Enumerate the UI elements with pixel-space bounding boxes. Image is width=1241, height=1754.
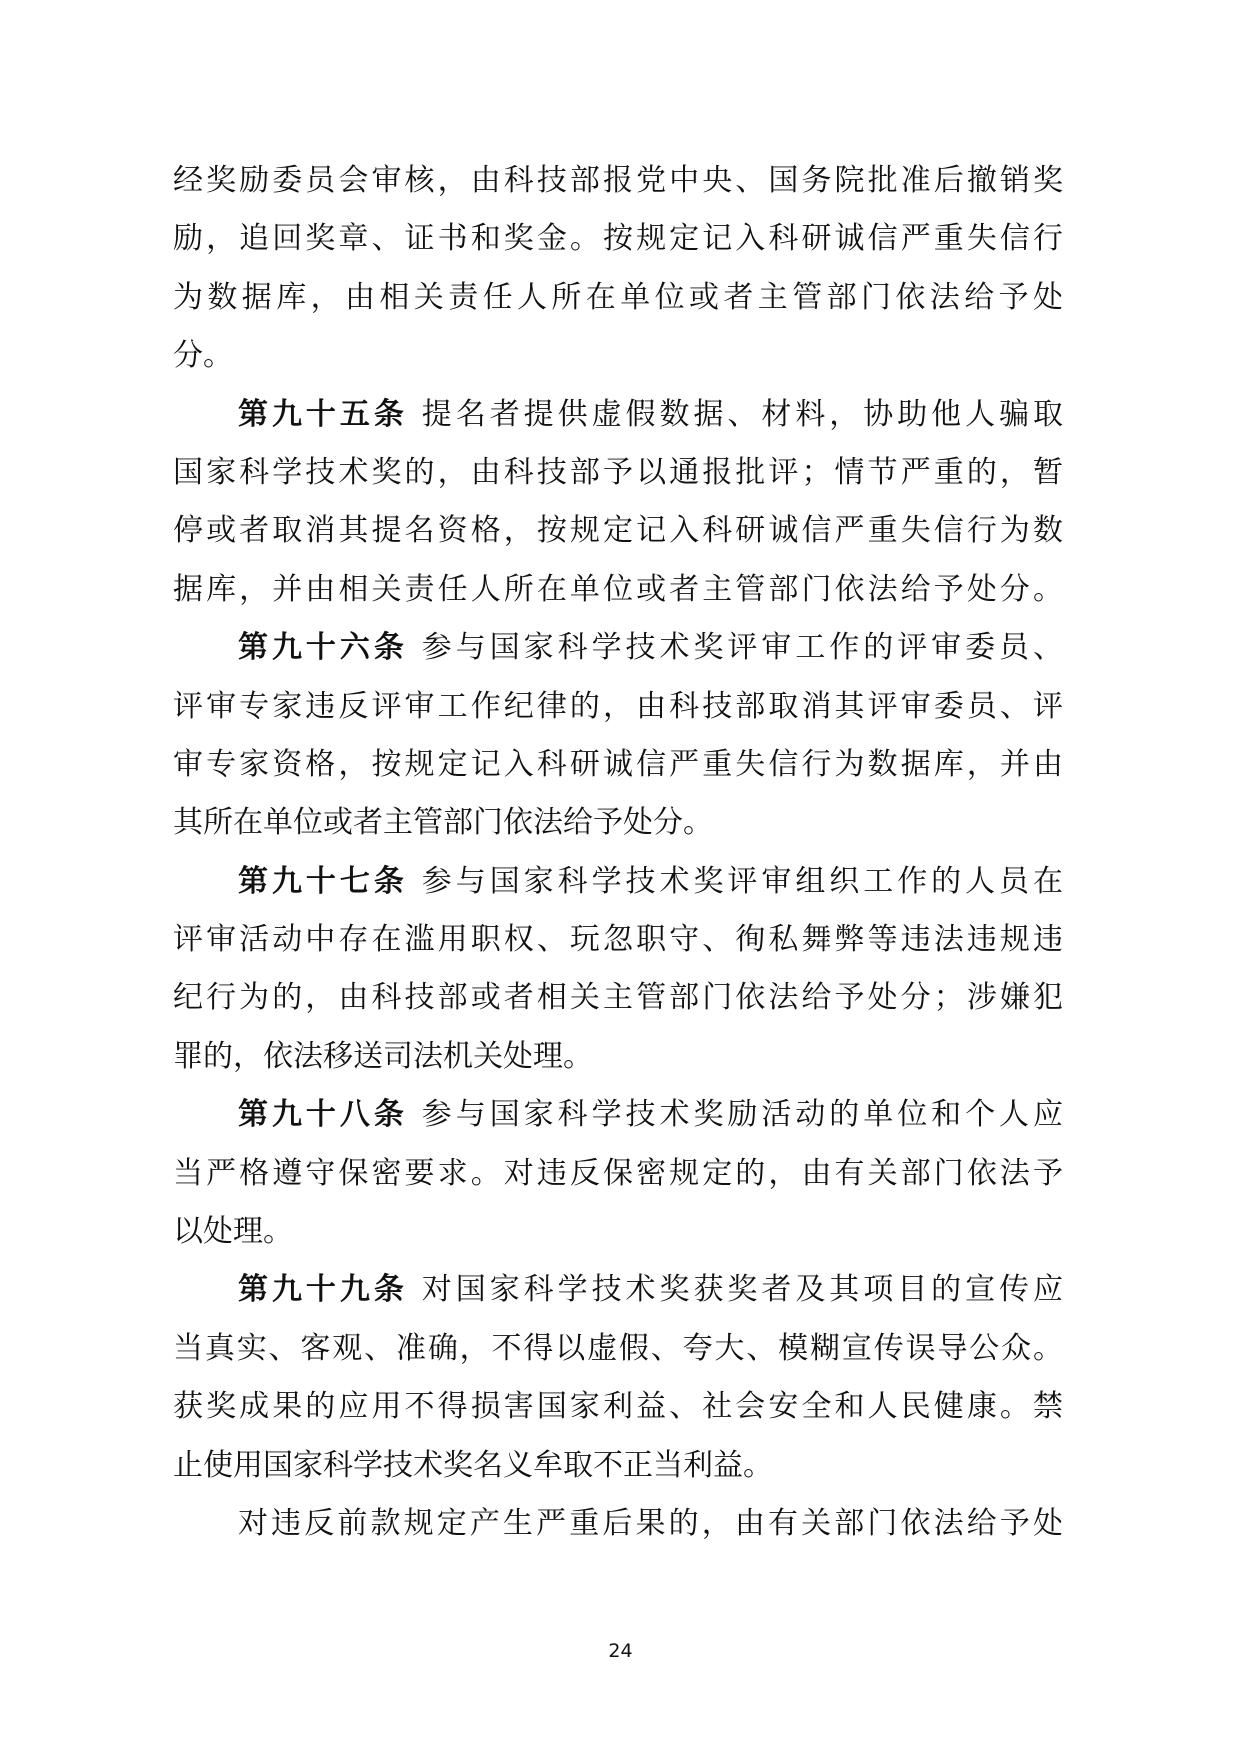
article-heading: 第九十七条 [238, 864, 408, 899]
text-line: 励，追回奖章、证书和奖金。按规定记入科研诚信严重失信行 [173, 210, 1063, 268]
article-99-paragraph-2: 对违反前款规定产生严重后果的，由有关部门依法给予处 [173, 1495, 1063, 1553]
article-95: 第九十五条提名者提供虚假数据、材料，协助他人骗取 国家科学技术奖的，由科技部予以… [173, 386, 1063, 620]
document-page: 经奖励委员会审核，由科技部报党中央、国务院批准后撤销奖 励，追回奖章、证书和奖金… [173, 152, 1063, 1553]
text-line: 其所在单位或者主管部门依法给予处分。 [173, 794, 1063, 852]
article-heading: 第九十九条 [238, 1272, 408, 1307]
article-text: 对国家科学技术奖获奖者及其项目的宣传应 [422, 1272, 1063, 1307]
text-line: 据库，并由相关责任人所在单位或者主管部门依法给予处分。 [173, 561, 1063, 619]
article-text: 提名者提供虚假数据、材料，协助他人骗取 [422, 397, 1063, 432]
article-text: 参与国家科学技术奖评审工作的评审委员、 [422, 630, 1063, 665]
article-heading: 第九十六条 [238, 630, 408, 665]
text-line: 纪行为的，由科技部或者相关主管部门依法给予处分；涉嫌犯 [173, 969, 1063, 1027]
text-line: 止使用国家科学技术奖名义牟取不正当利益。 [173, 1437, 1063, 1495]
page-number: 24 [0, 1640, 1241, 1662]
text-line: 获奖成果的应用不得损害国家利益、社会安全和人民健康。禁 [173, 1378, 1063, 1436]
text-line: 第九十八条参与国家科学技术奖励活动的单位和个人应 [173, 1086, 1063, 1144]
article-text: 参与国家科学技术奖评审组织工作的人员在 [422, 864, 1063, 899]
text-line: 当严格遵守保密要求。对违反保密规定的，由有关部门依法予 [173, 1145, 1063, 1203]
article-text: 参与国家科学技术奖励活动的单位和个人应 [422, 1097, 1063, 1132]
paragraph-continuation: 经奖励委员会审核，由科技部报党中央、国务院批准后撤销奖 励，追回奖章、证书和奖金… [173, 152, 1063, 386]
text-line: 评审专家违反评审工作纪律的，由科技部取消其评审委员、评 [173, 678, 1063, 736]
text-line: 当真实、客观、准确，不得以虚假、夸大、模糊宣传误导公众。 [173, 1320, 1063, 1378]
text-line: 评审活动中存在滥用职权、玩忽职守、徇私舞弊等违法违规违 [173, 911, 1063, 969]
text-line: 第九十九条对国家科学技术奖获奖者及其项目的宣传应 [173, 1261, 1063, 1319]
text-line: 第九十七条参与国家科学技术奖评审组织工作的人员在 [173, 853, 1063, 911]
article-98: 第九十八条参与国家科学技术奖励活动的单位和个人应 当严格遵守保密要求。对违反保密… [173, 1086, 1063, 1261]
text-line: 罪的，依法移送司法机关处理。 [173, 1028, 1063, 1086]
text-line: 以处理。 [173, 1203, 1063, 1261]
article-99: 第九十九条对国家科学技术奖获奖者及其项目的宣传应 当真实、客观、准确，不得以虚假… [173, 1261, 1063, 1495]
article-96: 第九十六条参与国家科学技术奖评审工作的评审委员、 评审专家违反评审工作纪律的，由… [173, 619, 1063, 853]
text-line: 停或者取消其提名资格，按规定记入科研诚信严重失信行为数 [173, 502, 1063, 560]
text-line: 国家科学技术奖的，由科技部予以通报批评；情节严重的，暂 [173, 444, 1063, 502]
text-line: 分。 [173, 327, 1063, 385]
article-97: 第九十七条参与国家科学技术奖评审组织工作的人员在 评审活动中存在滥用职权、玩忽职… [173, 853, 1063, 1087]
text-line: 第九十五条提名者提供虚假数据、材料，协助他人骗取 [173, 386, 1063, 444]
text-line: 第九十六条参与国家科学技术奖评审工作的评审委员、 [173, 619, 1063, 677]
article-heading: 第九十八条 [238, 1097, 408, 1132]
text-line: 审专家资格，按规定记入科研诚信严重失信行为数据库，并由 [173, 736, 1063, 794]
text-line: 为数据库，由相关责任人所在单位或者主管部门依法给予处 [173, 269, 1063, 327]
text-line: 经奖励委员会审核，由科技部报党中央、国务院批准后撤销奖 [173, 152, 1063, 210]
text-line: 对违反前款规定产生严重后果的，由有关部门依法给予处 [173, 1495, 1063, 1553]
article-heading: 第九十五条 [238, 397, 408, 432]
